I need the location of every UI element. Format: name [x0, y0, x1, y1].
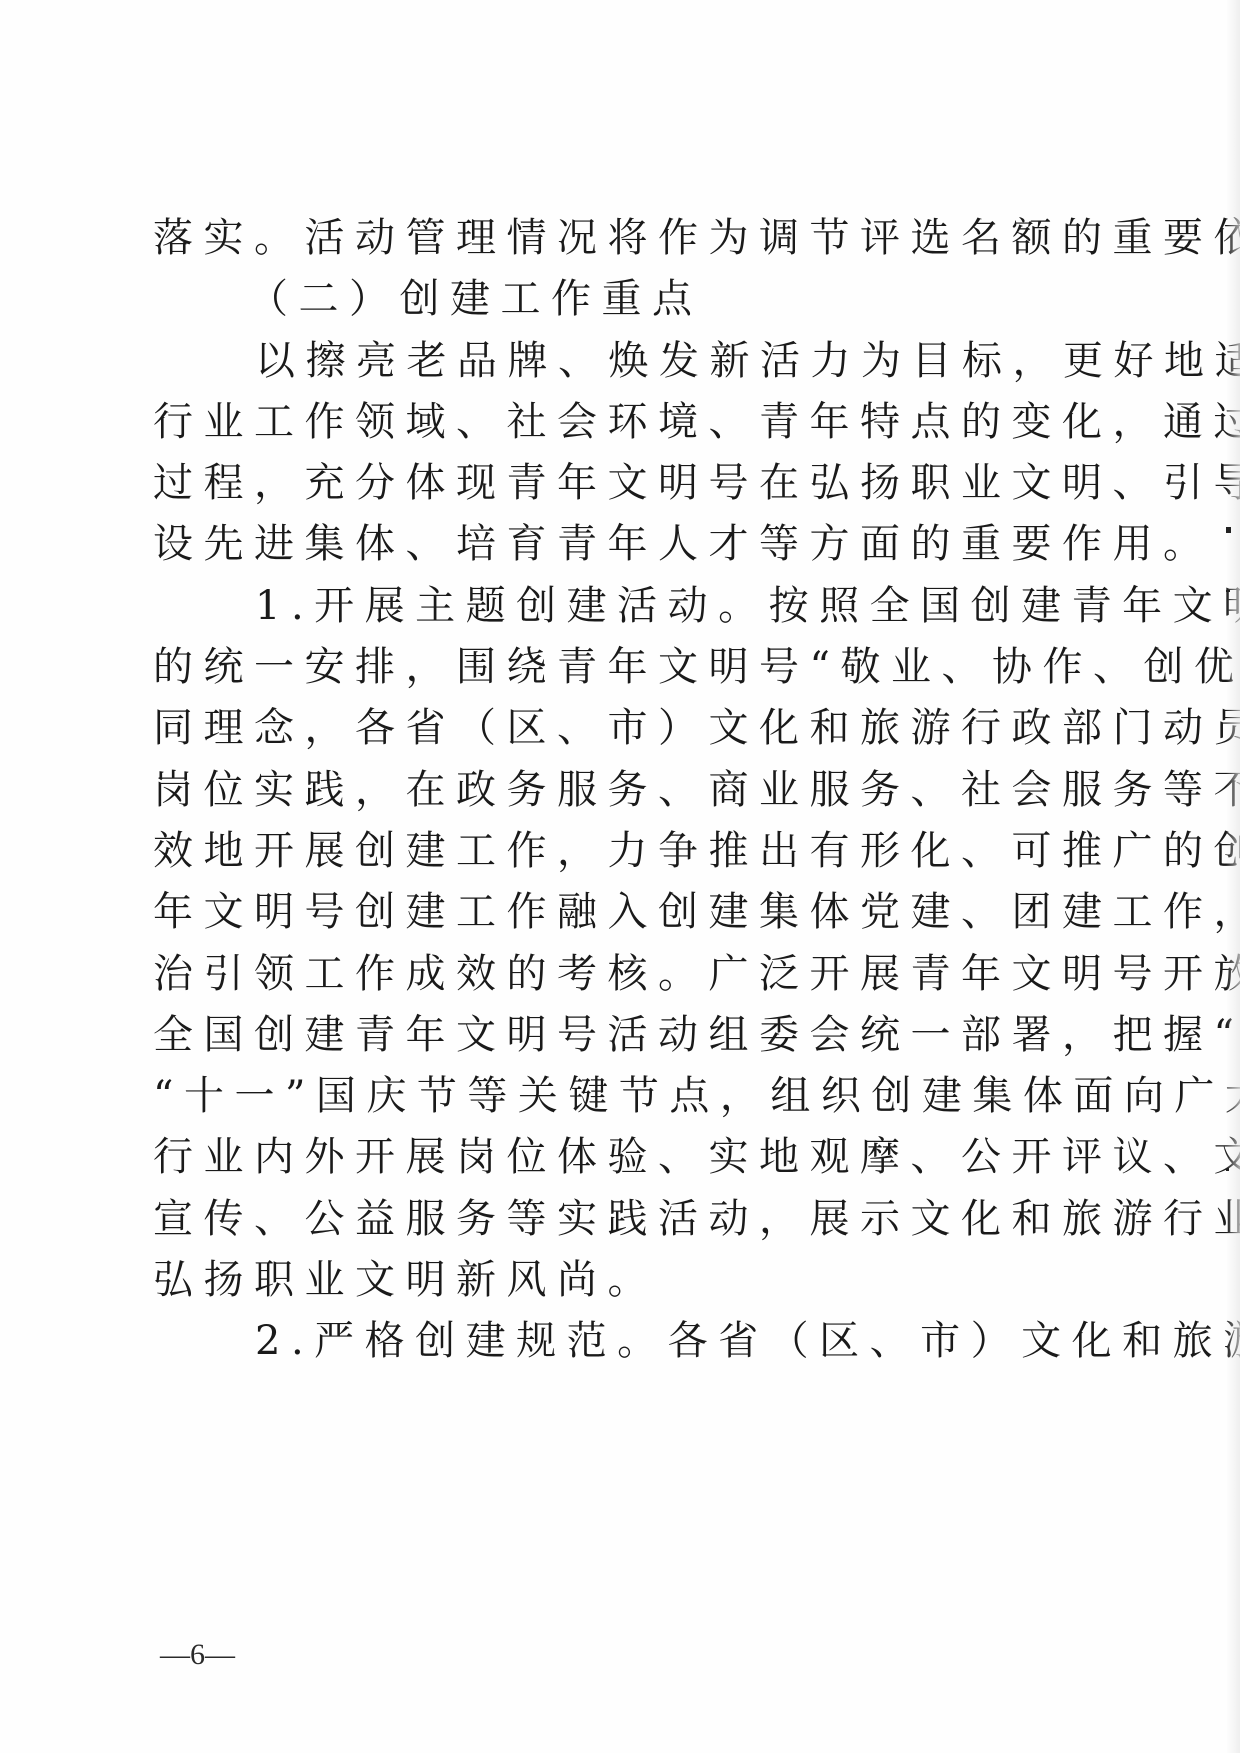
scan-edge-shadow: [1226, 0, 1240, 1753]
text-line: 弘扬职业文明新风尚。: [153, 1250, 965, 1311]
page-number: —6—: [160, 1638, 235, 1672]
text-line: 过程，充分体现青年文明号在弘扬职业文明、引导岗位建功、建: [153, 453, 965, 514]
text-line: “十一”国庆节等关键节点，组织创建集体面向广大群众、面向: [153, 1066, 965, 1127]
scan-mark: [1226, 1168, 1229, 1171]
document-page: 落实。活动管理情况将作为调节评选名额的重要依据。 （二）创建工作重点 以擦亮老品…: [0, 0, 1240, 1753]
numbered-item-1: 1.开展主题创建活动。按照全国创建青年文明号活动组委会: [153, 576, 965, 637]
text-line: 行业工作领域、社会环境、青年特点的变化，通过抓实抓活创建: [153, 392, 965, 453]
text-line: 同理念，各省（区、市）文化和旅游行政部门动员创建集体结合: [153, 698, 965, 759]
text-line: 的统一安排，围绕青年文明号“敬业、协作、创优、奉献”的共: [153, 637, 965, 698]
scan-mark: [1226, 527, 1231, 533]
text-line: 落实。活动管理情况将作为调节评选名额的重要依据。: [153, 208, 965, 269]
text-line: 岗位实践，在政务服务、商业服务、社会服务等不同领域扎实有: [153, 760, 965, 821]
text-line: 治引领工作成效的考核。广泛开展青年文明号开放周活动，按照: [153, 944, 965, 1005]
text-line: 全国创建青年文明号活动组委会统一部署，把握“五四”青年节、: [153, 1005, 965, 1066]
section-heading: （二）创建工作重点: [153, 269, 965, 330]
paragraph-start: 以擦亮老品牌、焕发新活力为目标，更好地适应文化和旅游: [153, 331, 965, 392]
text-line: 行业内外开展岗位体验、实地观摩、公开评议、文化倡导、政策: [153, 1127, 965, 1188]
text-line: 效地开展创建工作，力争推出有形化、可推广的创建成果；将青: [153, 821, 965, 882]
numbered-item-2: 2.严格创建规范。各省（区、市）文化和旅游行政部门要推: [153, 1311, 965, 1372]
body-text: 落实。活动管理情况将作为调节评选名额的重要依据。 （二）创建工作重点 以擦亮老品…: [153, 208, 965, 1373]
text-line: 宣传、公益服务等实践活动，展示文化和旅游行业改革新气象、: [153, 1189, 965, 1250]
text-line: 年文明号创建工作融入创建集体党建、团建工作，注重对思想政: [153, 882, 965, 943]
text-line: 设先进集体、培育青年人才等方面的重要作用。: [153, 514, 965, 575]
scan-mark: [1226, 590, 1230, 592]
